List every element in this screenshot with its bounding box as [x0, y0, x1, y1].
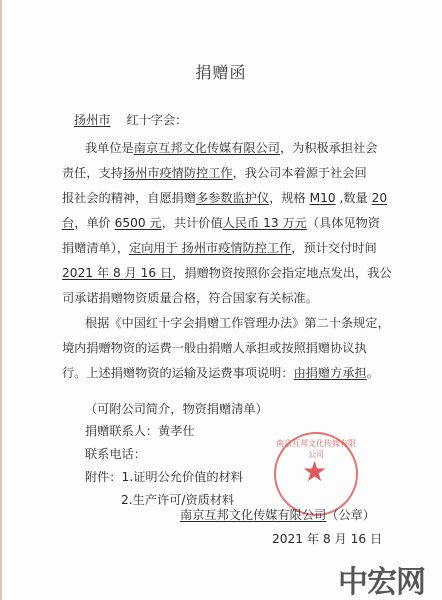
text: ，单价	[74, 216, 114, 230]
text: 报社会的精神，自愿捐赠	[62, 191, 196, 205]
star-icon: ★	[302, 458, 327, 486]
text: ，共计价值	[162, 216, 223, 230]
para1-line3: 报社会的精神，自愿捐赠多参数监护仪，规格 M10 ,数量 20	[62, 191, 387, 205]
contact-phone: 联系电话：	[85, 447, 146, 461]
para2-line1: 根据《中国红十字会捐赠工作管理办法》第二十条规定，	[85, 316, 390, 330]
signature-line: 南京互邦文化传媒有限公司（公章）	[180, 508, 375, 522]
text: （具体见物资	[307, 216, 380, 230]
company-seal: 南京互邦文化传媒有限公司 ★	[274, 432, 358, 516]
text: ，我公司本着源于社会回	[233, 166, 367, 180]
donor-company: 南京互邦文化传媒有限公司	[134, 141, 280, 155]
recipient-org: 红十字会：	[126, 113, 187, 127]
signature-company: 南京互邦文化传媒有限公司	[180, 508, 326, 522]
para1-line7: 司承诺捐赠物资质量合格，符合国家有关标准。	[62, 291, 318, 305]
para2-line3: 行。上述捐赠物资的运输及运费事项说明：由捐赠方承担。	[62, 366, 379, 380]
document-title: 捐赠函	[0, 60, 442, 83]
para2-line2: 境内捐赠物资的运费一般由捐赠人承担或按照捐赠协议执	[62, 341, 367, 355]
quantity: 20	[372, 191, 388, 205]
total-value: 人民币 13 万元	[223, 216, 307, 230]
text: ，规格	[269, 191, 309, 205]
recipient-city: 扬州市	[62, 113, 123, 127]
recipient-line: 扬州市 红十字会：	[62, 113, 187, 127]
sign-date: 2021 年 8 月 16 日	[272, 532, 382, 546]
text: 我单位是	[85, 141, 134, 155]
para1-line6: 2021 年 8 月 16 日，捐赠物资按照你会指定地点发出，我公	[62, 266, 392, 280]
unit: 台	[62, 216, 74, 230]
text: 行。上述捐赠物资的运输及运费事项说明：	[62, 366, 294, 380]
seal-label: （公章）	[326, 508, 375, 522]
donated-item: 多参数监护仪	[196, 191, 269, 205]
shipping-terms: 由捐赠方承担	[294, 366, 367, 380]
contact-person: 捐赠联系人：黄孝仕	[85, 424, 195, 438]
text: 责任，支持	[62, 166, 123, 180]
text: ，捐赠物资按照你会指定地点发出，我公	[172, 266, 391, 280]
text: 。	[367, 366, 379, 380]
text: ，为积极承担社会	[280, 141, 378, 155]
project: 扬州市疫情防控工作	[123, 166, 233, 180]
text: ，预计交付时间	[291, 241, 376, 255]
watermark-logo: 中宏网	[338, 557, 425, 600]
spec: M10	[310, 191, 336, 205]
para1-line4: 台，单价 6500 元，共计价值人民币 13 万元（具体见物资	[62, 216, 380, 230]
para1-line1: 我单位是南京互邦文化传媒有限公司，为积极承担社会	[85, 141, 378, 155]
attachment-1: 附件：1.证明公允价值的材料	[85, 470, 243, 484]
delivery-date: 2021 年 8 月 16 日	[62, 266, 172, 280]
usage: 定向用于 扬州市疫情防控工作	[129, 241, 291, 255]
para1-line2: 责任，支持扬州市疫情防控工作，我公司本着源于社会回	[62, 166, 367, 180]
unit-price: 6500 元	[115, 216, 162, 230]
attachment-2: 2.生产许可/资质材料	[121, 493, 234, 507]
donation-letter: 捐赠函 扬州市 红十字会： 我单位是南京互邦文化传媒有限公司，为积极承担社会 责…	[0, 0, 442, 600]
text: 捐赠清单），	[62, 241, 129, 255]
attachments-note: （可附公司简介，物资捐赠清单）	[85, 402, 268, 416]
text: ,数量	[336, 191, 372, 205]
para1-line5: 捐赠清单），定向用于 扬州市疫情防控工作，预计交付时间	[62, 241, 377, 255]
